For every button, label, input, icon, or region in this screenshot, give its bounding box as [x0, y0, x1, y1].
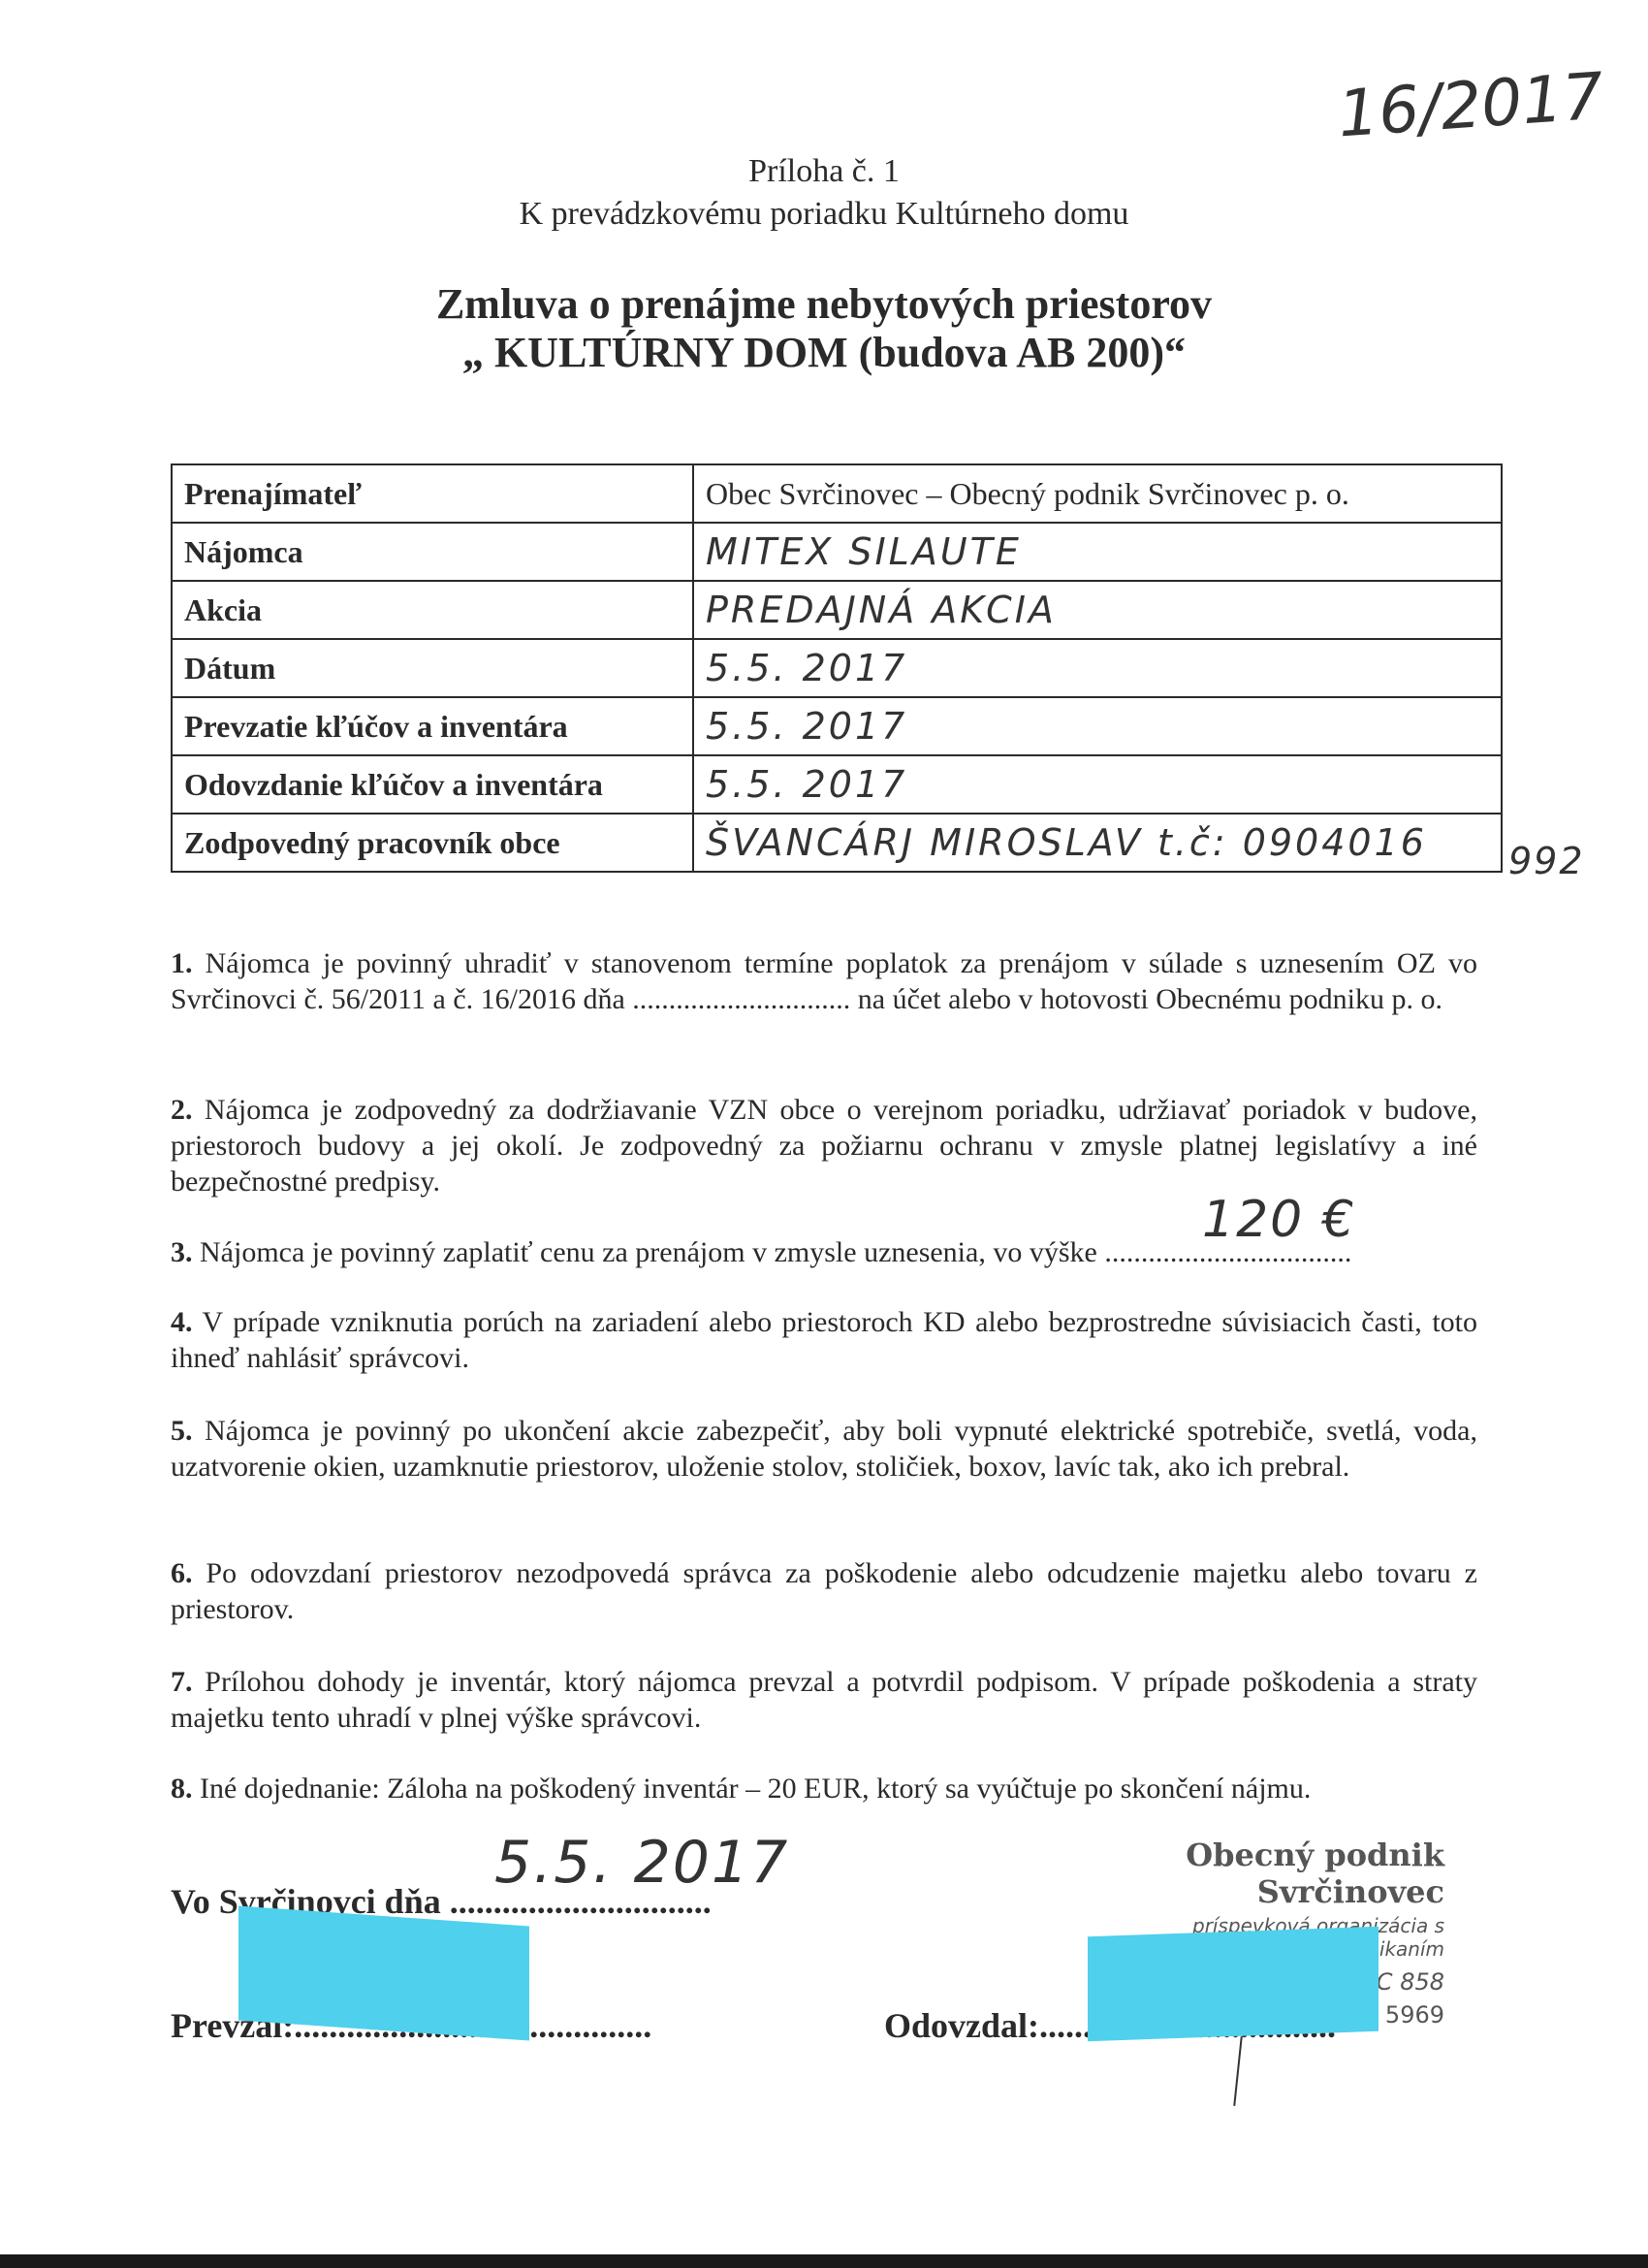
clause-number: 2.: [171, 1094, 193, 1126]
phone-overflow: 992: [1508, 840, 1585, 882]
annex-number: Príloha č. 1: [0, 153, 1648, 190]
row-value: 5.5. 2017: [693, 755, 1502, 814]
handwritten-value: ŠVANCÁRJ MIROSLAV t.č: 0904016: [706, 821, 1427, 864]
clause-number: 6.: [171, 1557, 193, 1589]
clause-number: 8.: [171, 1773, 193, 1805]
clause-text: Nájomca je povinný po ukončení akcie zab…: [171, 1415, 1477, 1483]
printed-value: Obec Svrčinovec – Obecný podnik Svrčinov…: [706, 476, 1349, 511]
row-value: ŠVANCÁRJ MIROSLAV t.č: 0904016: [693, 814, 1502, 872]
clause-1: 1. Nájomca je povinný uhradiť v stanoven…: [171, 945, 1477, 1017]
table-row: NájomcaMITEX SILAUTE: [172, 523, 1502, 581]
handwritten-value: MITEX SILAUTE: [706, 530, 1022, 573]
clause-8: 8. Iné dojednanie: Záloha na poškodený i…: [171, 1771, 1477, 1806]
clause-text: V prípade vzniknutia porúch na zariadení…: [171, 1306, 1477, 1374]
row-value: MITEX SILAUTE: [693, 523, 1502, 581]
handwritten-value: 5.5. 2017: [706, 647, 907, 689]
table-row: Dátum5.5. 2017: [172, 639, 1502, 697]
row-label: Akcia: [172, 581, 693, 639]
clause-number: 4.: [171, 1306, 193, 1338]
clause-7: 7. Prílohou dohody je inventár, ktorý ná…: [171, 1664, 1477, 1736]
signature-stroke: [1233, 2036, 1243, 2106]
handwritten-value: PREDAJNÁ AKCIA: [706, 589, 1057, 631]
clause-3: 3. Nájomca je povinný zaplatiť cenu za p…: [171, 1234, 1477, 1270]
redaction-box-signature-left: [238, 1906, 529, 2041]
clause-2: 2. Nájomca je zodpovedný za dodržiavanie…: [171, 1092, 1477, 1199]
clause-6: 6. Po odovzdaní priestorov nezodpovedá s…: [171, 1555, 1477, 1627]
redaction-box-signature-right: [1088, 1927, 1379, 2041]
table-row: Odovzdanie kľúčov a inventára5.5. 2017: [172, 755, 1502, 814]
clause-number: 5.: [171, 1415, 193, 1447]
clause-text: Nájomca je povinný uhradiť v stanovenom …: [171, 947, 1477, 1015]
row-label: Odovzdanie kľúčov a inventára: [172, 755, 693, 814]
clause-text: Iné dojednanie: Záloha na poškodený inve…: [200, 1773, 1311, 1805]
annex-subtitle: K prevádzkovému poriadku Kultúrneho domu: [0, 196, 1648, 233]
table-row: AkciaPREDAJNÁ AKCIA: [172, 581, 1502, 639]
row-label: Zodpovedný pracovník obce: [172, 814, 693, 872]
clause-number: 7.: [171, 1666, 193, 1698]
contract-info-table: PrenajímateľObec Svrčinovec – Obecný pod…: [171, 463, 1503, 873]
clause-number: 1.: [171, 947, 193, 979]
clause-5: 5. Nájomca je povinný po ukončení akcie …: [171, 1413, 1477, 1485]
row-label: Prevzatie kľúčov a inventára: [172, 697, 693, 755]
row-value: 5.5. 2017: [693, 697, 1502, 755]
registration-number: 16/2017: [1336, 59, 1606, 152]
scan-border: [0, 2254, 1648, 2268]
clause-number: 3.: [171, 1236, 193, 1268]
handwritten-value: 5.5. 2017: [706, 763, 907, 806]
table-row: Prevzatie kľúčov a inventára5.5. 2017: [172, 697, 1502, 755]
row-value: Obec Svrčinovec – Obecný podnik Svrčinov…: [693, 464, 1502, 523]
row-value: 5.5. 2017: [693, 639, 1502, 697]
handwritten-value: 5.5. 2017: [706, 705, 907, 748]
row-label: Prenajímateľ: [172, 464, 693, 523]
signing-date-handwritten: 5.5. 2017: [494, 1829, 789, 1897]
contract-title: Zmluva o prenájme nebytových priestorov: [0, 279, 1648, 329]
contract-subtitle: „ KULTÚRNY DOM (budova AB 200)“: [0, 328, 1648, 377]
stamp-org-name: Obecný podnik Svrčinovec: [1076, 1837, 1444, 1910]
clause-text: Prílohou dohody je inventár, ktorý nájom…: [171, 1666, 1477, 1734]
row-label: Dátum: [172, 639, 693, 697]
table-row: PrenajímateľObec Svrčinovec – Obecný pod…: [172, 464, 1502, 523]
row-value: PREDAJNÁ AKCIA: [693, 581, 1502, 639]
clause-4: 4. V prípade vzniknutia porúch na zariad…: [171, 1304, 1477, 1376]
row-label: Nájomca: [172, 523, 693, 581]
clause-text: Po odovzdaní priestorov nezodpovedá sprá…: [171, 1557, 1477, 1625]
clause-text: Nájomca je povinný zaplatiť cenu za pren…: [200, 1236, 1351, 1268]
table-row: Zodpovedný pracovník obceŠVANCÁRJ MIROSL…: [172, 814, 1502, 872]
clause-text: Nájomca je zodpovedný za dodržiavanie VZ…: [171, 1094, 1477, 1198]
